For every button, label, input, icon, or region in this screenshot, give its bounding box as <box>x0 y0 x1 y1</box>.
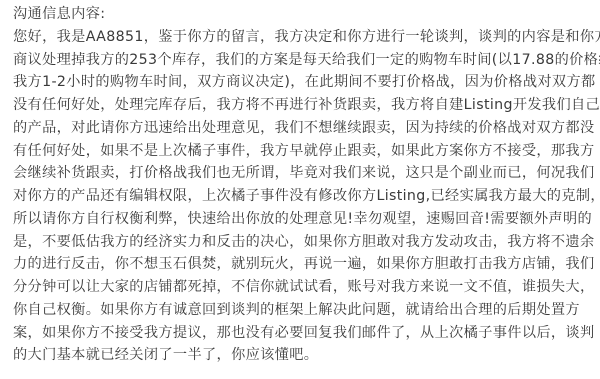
text-line: 的大门基本就已经关闭了一半了，你应该懂吧。 <box>13 344 598 367</box>
text-line: 商议处理掉我方的253个库存，我们的方案是每天给我们一定的购物车时间(以17.8… <box>13 49 598 72</box>
text-line: 对你方的产品还有编辑权限，上次橘子事件没有修改你方Listing,已经实属我方最… <box>13 185 598 208</box>
document-heading: 沟通信息内容: <box>13 3 598 26</box>
text-line: 分分钟可以让大家的店铺都死掉，不信你就试试看，账号对我方来说一文不值，谁损失大， <box>13 276 598 299</box>
text-line: 有任何好处，如果不是上次橘子事件，我方早就停止跟卖，如果此方案你方不接受，那我方 <box>13 140 598 163</box>
text-line: 我方1-2小时的购物车时间，双方商议决定)，在此期间不要打价格战，因为价格战对双… <box>13 71 598 94</box>
text-line: 没有任何好处，处理完库存后，我方将不再进行补货跟卖，我方将自建Listing开发… <box>13 94 598 117</box>
message-document: 沟通信息内容: 您好，我是AA8851，鉴于你方的留言，我方决定和你方进行一轮谈… <box>13 3 598 367</box>
text-line: 所以请你方自行权衡利弊，快速给出你放的处理意见!幸勿观望，速赐回音!需要额外声明… <box>13 208 598 231</box>
text-line: 你自己权衡。如果你方有诚意回到谈判的框架上解决此问题，就请给出合理的后期处置方 <box>13 299 598 322</box>
text-line: 案，如果你方不接受我方提议，那也没有必要回复我们邮件了，从上次橘子事件以后，谈判 <box>13 322 598 345</box>
text-line: 是，不要低估我方的经济实力和反击的决心，如果你方胆敢对我方发动攻击，我方将不遗余 <box>13 231 598 254</box>
text-line: 的产品，对此请你方迅速给出处理意见，我们不想继续跟卖，因为持续的价格战对双方都没 <box>13 117 598 140</box>
text-line: 会继续补货跟卖，打价格战我们也无所谓，毕竟对我们来说，这只是个副业而已，何况我们 <box>13 162 598 185</box>
text-line: 您好，我是AA8851，鉴于你方的留言，我方决定和你方进行一轮谈判，谈判的内容是… <box>13 26 598 49</box>
text-line: 力的进行反击，你不想玉石俱焚，就别玩火，再说一遍，如果你方胆敢打击我方店铺，我们 <box>13 253 598 276</box>
